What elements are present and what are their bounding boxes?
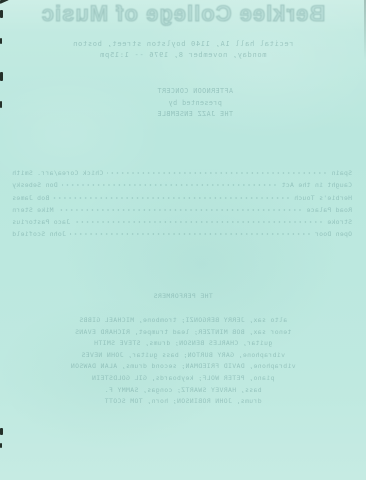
program-title: Spain: [331, 169, 352, 177]
program-row: Stroke Jaco Pastorius: [12, 217, 352, 229]
performer-line: guitar, CHARLES BENSON; drums, STEVE SMI…: [0, 338, 366, 350]
scan-artifact-edge-nick: [0, 428, 3, 435]
program-title: Stroke: [327, 218, 352, 226]
program-title: Road Palace: [306, 206, 352, 214]
performer-line: alto sax, JERRY BERGONZI; trombone, MICH…: [0, 315, 366, 327]
program-composer: Chick Corea/arr. Smith: [12, 169, 103, 177]
performer-line: bass, HARVEY SWARTZ; congas, SAMMY F.: [0, 385, 366, 397]
program-row: Road Palace Mike Stern: [12, 205, 352, 217]
concert-title-line1: AFTERNOON CONCERT: [24, 86, 366, 98]
scan-artifact-edge-nick: [0, 101, 2, 108]
scanned-program-page: Berklee College of Music recital hall 1A…: [0, 0, 366, 480]
concert-title-block-bleed: AFTERNOON CONCERT presented by THE JAZZ …: [24, 86, 366, 121]
performer-line: vibraphone, GARY BURTON; bass guitar, JO…: [0, 350, 366, 362]
performers-block-bleed: THE PERFORMERS alto sax, JERRY BERGONZI;…: [0, 292, 366, 408]
venue-line-bleed: recital hall 1A, 1140 boylston street, b…: [0, 40, 366, 48]
program-row: Spain Chick Corea/arr. Smith: [12, 168, 352, 180]
dot-leader: [70, 229, 311, 236]
program-list-bleed: Spain Chick Corea/arr. Smith Caught in t…: [12, 168, 352, 242]
dot-leader: [57, 205, 302, 212]
scan-artifact-edge-nick: [0, 443, 2, 448]
program-title: Caught in the Act: [281, 181, 352, 189]
program-title: Open Door: [315, 230, 352, 238]
performer-line: piano, PETER WOLF; keyboards, GIL GOLDST…: [0, 373, 366, 385]
dot-leader: [62, 180, 278, 187]
program-row: Herbie's Touch Bob James: [12, 193, 352, 205]
concert-title-line3: THE JAZZ ENSEMBLE: [24, 109, 366, 121]
program-composer: John Scofield: [12, 230, 66, 238]
date-line-bleed: monday, november 8, 1976 -- 1:15pm: [0, 51, 366, 59]
performer-line: vibraphone, DAVID FRIEDMAN; second drums…: [0, 361, 366, 373]
program-title: Herbie's Touch: [294, 194, 352, 202]
program-composer: Don Sebesky: [12, 181, 58, 189]
masthead-bleed-text: Berklee College of Music: [14, 1, 352, 27]
scan-artifact-corner: [0, 0, 9, 4]
performers-heading: THE PERFORMERS: [0, 292, 366, 300]
program-composer: Bob James: [12, 194, 49, 202]
concert-title-line2: presented by: [24, 98, 366, 110]
dot-leader: [53, 193, 290, 200]
scan-artifact-edge-nick: [0, 72, 3, 81]
performer-line: drums, JOHN ROBINSON; horn, TOM SCOTT: [0, 396, 366, 408]
program-row: Caught in the Act Don Sebesky: [12, 180, 352, 192]
scan-artifact-edge-nick: [0, 10, 3, 18]
performer-line: tenor sax, BOB MINTZER; lead trumpet, RI…: [0, 327, 366, 339]
dot-leader: [107, 168, 327, 175]
program-composer: Jaco Pastorius: [12, 218, 70, 226]
program-row: Open Door John Scofield: [12, 229, 352, 241]
program-composer: Mike Stern: [12, 206, 53, 214]
dot-leader: [74, 217, 323, 224]
